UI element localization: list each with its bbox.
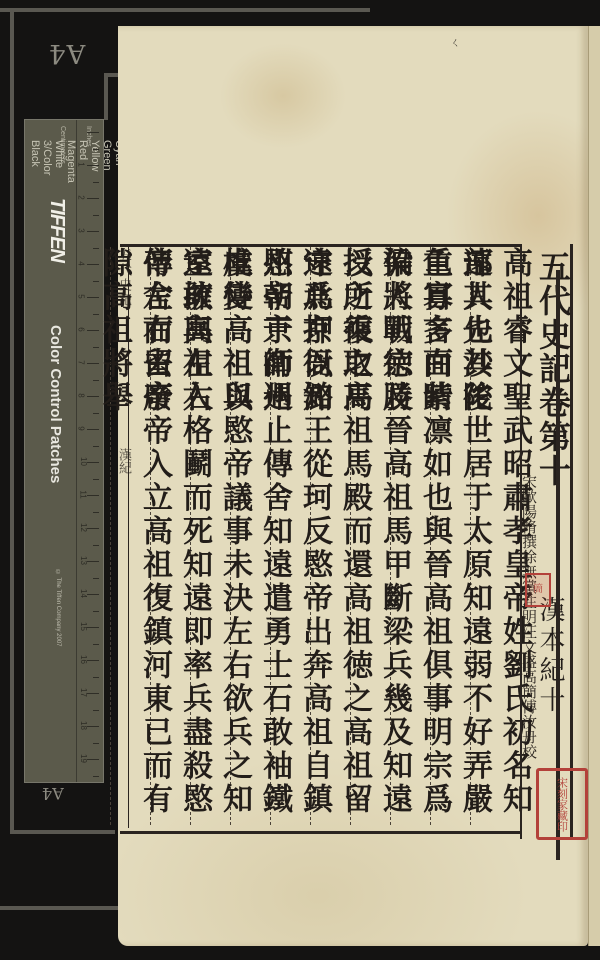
ruler-tick (87, 198, 99, 199)
ruler-tick (93, 149, 99, 150)
cm-tick-label: 2 (77, 195, 86, 199)
scan-frame-bottom (10, 830, 115, 834)
cm-tick-label: 3 (77, 228, 86, 232)
red-seal-small: 簡 (525, 573, 551, 607)
scan-frame-left (10, 8, 14, 833)
scan-frame-top (0, 8, 370, 12)
cm-tick-label: 1 (77, 162, 86, 166)
red-seal-large: 宋刻家藏印 (536, 768, 588, 840)
cm-tick-label: 9 (77, 426, 86, 430)
ruler-tick (87, 132, 99, 133)
cm-tick-label: 17 (79, 688, 88, 697)
paper-size-label-bottom: A4 (42, 784, 64, 803)
ink-mark: ㄑ (450, 34, 461, 50)
cm-tick-label: 7 (77, 360, 86, 364)
text-column: 傳舍而去廢帝入立高祖復鎮河東已而有隙高祖將舉 (110, 247, 157, 825)
patch-label: Black (29, 140, 41, 780)
page-edge (588, 26, 600, 946)
cm-tick-label: 19 (79, 754, 88, 763)
title-column: 五代史記卷第十 宋歐陽脩撰徐無黨注明汪文盛高簡傅汝舟校 漢本紀十 (520, 244, 573, 839)
cm-tick-label: 5 (77, 294, 86, 298)
paper-size-label: A4 (48, 38, 85, 68)
ruler-tick (93, 182, 99, 183)
color-control-ruler: Centimeters Inches Blue Cyan Green Yello… (24, 119, 104, 783)
printed-text-block: 高祖睿文聖武昭肅孝皇帝姓劉氏初名知遠其先沙陀 部人也其後世居于太原知遠弱不好弄嚴… (120, 244, 562, 855)
ruler-tick (87, 165, 99, 166)
scan-frame-inner (104, 75, 108, 120)
volume-title: 五代史記卷第十 (530, 250, 576, 488)
tiffen-logo: TIFFEN (45, 198, 68, 262)
cm-tick-label: 16 (79, 655, 88, 664)
cm-tick-label: 10 (79, 457, 88, 466)
section-title: 漢本紀十 (532, 596, 569, 716)
ruler-product-name: Color Control Patches (47, 325, 64, 483)
cm-tick-label: 6 (77, 327, 86, 331)
cm-tick-label: 15 (79, 622, 88, 631)
ruler-tick (87, 231, 99, 232)
cm-tick-label: 4 (77, 261, 86, 265)
cm-tick-label: 14 (79, 589, 88, 598)
cm-tick-label: 8 (77, 393, 86, 397)
ruler-tick (93, 215, 99, 216)
cm-tick-label: 12 (79, 523, 88, 532)
cm-tick-label: 18 (79, 721, 88, 730)
cm-tick-label: 13 (79, 556, 88, 565)
ruler-copyright: © The Tiffen Company 2007 (55, 570, 61, 647)
scan-frame-bottom-outer (0, 906, 118, 910)
cm-tick-label: 11 (79, 490, 88, 498)
